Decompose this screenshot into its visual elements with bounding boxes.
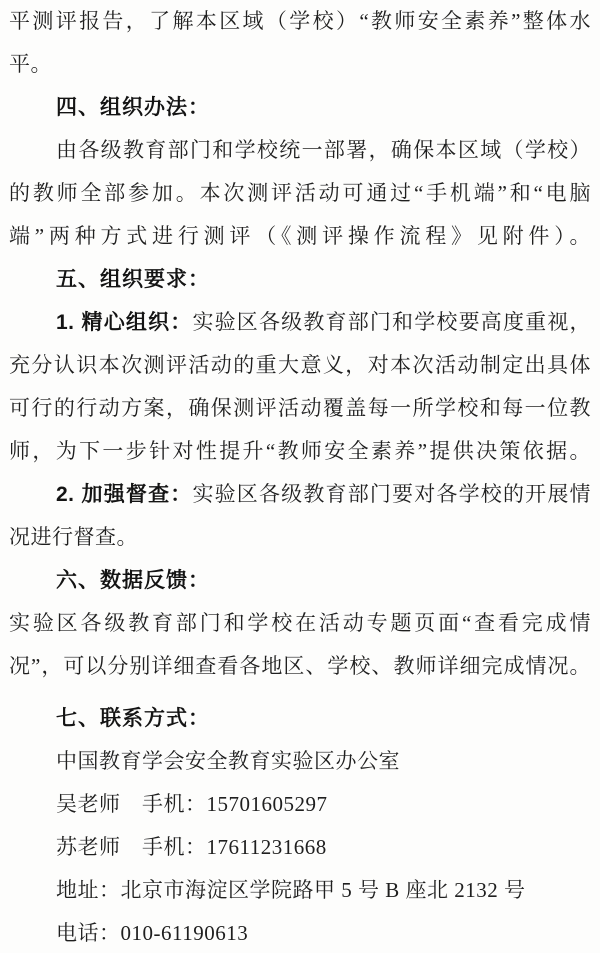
contact-address: 地址：北京市海淀区学院路甲 5 号 B 座北 2132 号: [9, 869, 591, 912]
section-heading-six: 六、数据反馈：: [9, 559, 591, 602]
body-line: 的教师全部参加。本次测评活动可通过“手机端”和“电脑: [9, 172, 591, 215]
document-page: 平测评报告，了解本区域（学校）“教师安全素养”整体水 平。 四、组织办法： 由各…: [0, 0, 600, 953]
body-line: 端”两种方式进行测评（《测评操作流程》见附件）。: [9, 215, 591, 258]
numbered-item-1-label: 1. 精心组织：: [56, 311, 192, 334]
section-heading-seven: 七、联系方式：: [9, 697, 591, 740]
body-line: 由各级教育部门和学校统一部署，确保本区域（学校）: [9, 129, 591, 172]
numbered-item-2-text: 实验区各级教育部门要对各学校的开展情: [192, 482, 591, 506]
body-line: 平。: [9, 43, 591, 86]
body-line: 况”，可以分别详细查看各地区、学校、教师详细完成情况。: [9, 645, 591, 688]
contact-phone-su: 苏老师 手机：17611231668: [9, 826, 591, 869]
contact-phone-wu: 吴老师 手机：15701605297: [9, 783, 591, 826]
body-line: 况进行督查。: [9, 516, 591, 559]
contact-office-line: 中国教育学会安全教育实验区办公室: [9, 740, 591, 783]
section-heading-four: 四、组织办法：: [9, 86, 591, 129]
body-line: 平测评报告，了解本区域（学校）“教师安全素养”整体水: [9, 0, 591, 43]
body-line: 师，为下一步针对性提升“教师安全素养”提供决策依据。: [9, 430, 591, 473]
numbered-item-2-label: 2. 加强督查：: [56, 483, 192, 506]
body-line: 实验区各级教育部门和学校在活动专题页面“查看完成情: [9, 602, 591, 645]
section-heading-five: 五、组织要求：: [9, 258, 591, 301]
contact-telephone: 电话：010-61190613: [9, 912, 591, 953]
numbered-item-2: 2. 加强督查：实验区各级教育部门要对各学校的开展情: [9, 473, 591, 516]
body-line: 充分认识本次测评活动的重大意义，对本次活动制定出具体: [9, 344, 591, 387]
numbered-item-1: 1. 精心组织：实验区各级教育部门和学校要高度重视，: [9, 301, 591, 344]
numbered-item-1-text: 实验区各级教育部门和学校要高度重视，: [192, 310, 591, 334]
body-line: 可行的行动方案，确保测评活动覆盖每一所学校和每一位教: [9, 387, 591, 430]
